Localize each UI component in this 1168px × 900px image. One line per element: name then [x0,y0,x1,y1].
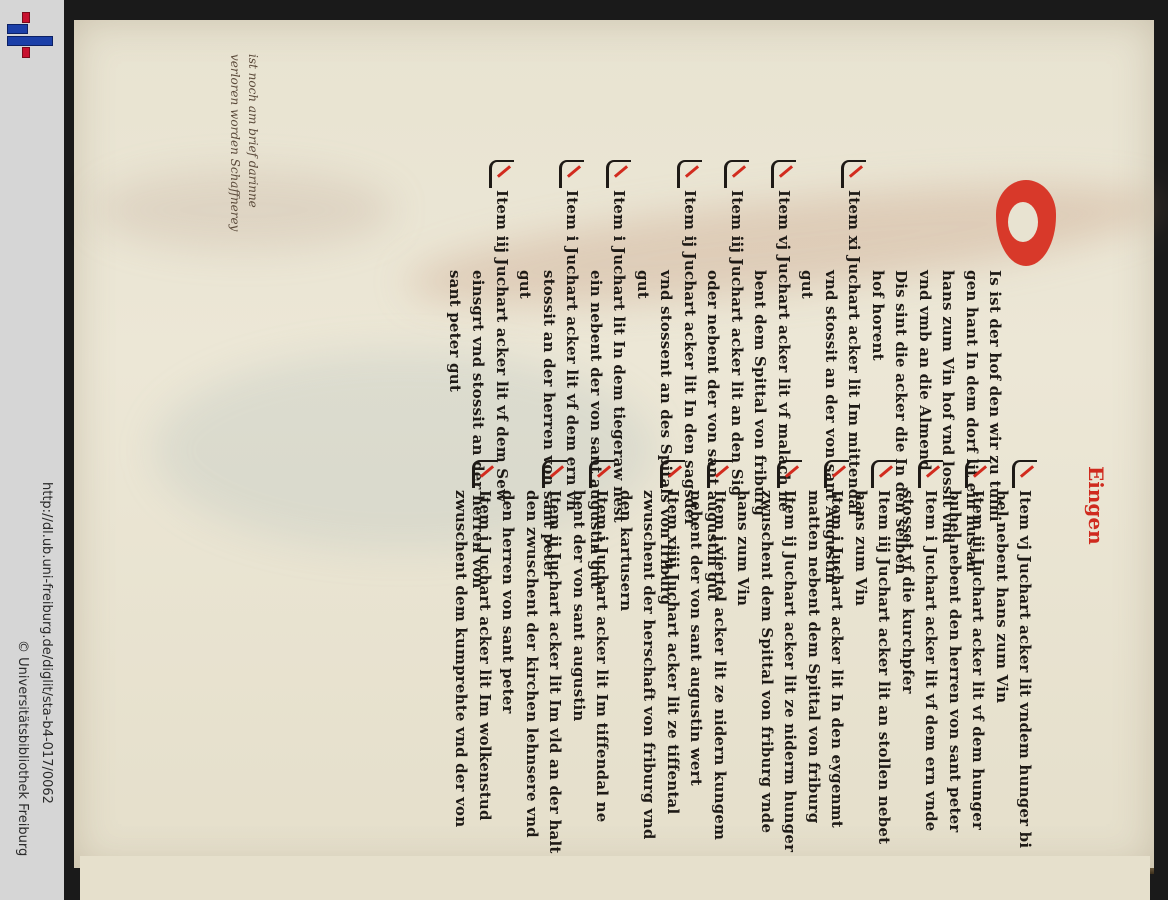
red-struck-initial-icon [606,160,631,188]
manuscript-scan: ist noch am brief darinne verloren worde… [64,0,1168,900]
manuscript-line: gut [634,270,652,299]
manuscript-line: den herren von sant peter [499,490,517,714]
manuscript-line: den zwuschent der kirchen lehnsere vnd [523,490,541,838]
manuscript-line: Item iij Juchart acker lit vf dem hunger [969,490,987,830]
manuscript-line: gut [516,270,534,299]
manuscript-line: Item ij Juchart acker lit ze niderm hung… [781,490,799,852]
manuscript-line: bent der von sant augustin [570,490,588,722]
red-struck-initial-icon [724,160,749,188]
red-struck-initial-icon [559,160,584,188]
manuscript-line: buhel nebent den herren von sant peter [946,490,964,832]
red-struck-initial-icon [542,460,567,488]
manuscript-line: stosset vf die kurchpfer [899,490,917,694]
manuscript-line: Item iij Juchart acker lit an stollen ne… [875,490,893,844]
manuscript-line: Item xiiij Juchart acker lit ze tiffenta… [664,490,682,814]
red-struck-initial-icon [472,460,497,488]
source-url: http://dl.ub.uni-freiburg.de/diglit/sta-… [39,482,54,804]
manuscript-line: Item ij Juchart acker lit Im vld an der … [546,490,564,854]
decorated-initial-icon [996,180,1056,266]
manuscript-line: hans zum Vin [734,490,752,606]
viewer-sidebar: http://dl.ub.uni-freiburg.de/diglit/sta-… [0,0,64,900]
manuscript-line: Item i Juchart acker lit Im wolkenstud [476,490,494,821]
red-struck-initial-icon [489,160,514,188]
manuscript-line: hof horent [869,270,887,361]
manuscript-line: bent dem Spittal von friburg [751,270,769,516]
red-struck-initial-icon [965,460,990,488]
copyright-notice: © Universitätsbibliothek Freiburg [15,640,30,856]
red-struck-initial-icon [777,460,802,488]
manuscript-line: hans zum Vin [852,490,870,606]
manuscript-line: hel nebent hans zum Vin [993,490,1011,703]
uni-freiburg-logo-icon[interactable] [6,10,54,58]
manuscript-line: Item i Juchart acker lit Im tiffendal ne [593,490,611,822]
red-struck-initial-icon [824,460,849,488]
manuscript-line: Item iij Juchart acker lit an den Sig [728,190,746,496]
manuscript-page: ist noch am brief darinne verloren worde… [74,20,1154,868]
manuscript-line: nebent der von sant augustin wert [687,490,705,786]
marginal-note-line-1: ist noch am brief darinne [246,54,260,208]
red-struck-initial-icon [660,460,685,488]
place-heading-rubric: Eingen [1084,466,1108,545]
manuscript-line: Item j viertel acker lit ze nidern kunge… [711,490,729,840]
manuscript-line: Item iij Juchart acker lit vf dem Sew [493,190,511,502]
manuscript-line: gut [798,270,816,299]
red-struck-initial-icon [1012,460,1037,488]
manuscript-line: zwuschent der herschaft von friburg vnd [640,490,658,840]
manuscript-line: vnd vmb an die Almend [916,270,934,471]
red-struck-initial-icon [771,160,796,188]
red-struck-initial-icon [707,460,732,488]
red-struck-initial-icon [871,460,896,488]
manuscript-line: sant peter gut [446,270,464,392]
manuscript-line: Item i Juchart acker lit In den eygenmt [828,490,846,828]
facing-page-edge [80,856,1150,900]
red-struck-initial-icon [677,160,702,188]
manuscript-line: Item i Juchart acker lit vf dem ern vnde [922,490,940,832]
red-struck-initial-icon [918,460,943,488]
red-struck-initial-icon [841,160,866,188]
manuscript-line: den kartusern [617,490,635,611]
manuscript-line: zwuschent dem Spittal von friburg vnde [758,490,776,833]
manuscript-line: zwuschent dem kumprehte vnd der von [452,490,470,827]
marginal-note-line-2: verloren worden Schaffnerey [228,54,242,231]
red-struck-initial-icon [589,460,614,488]
manuscript-line: Item vj Juchart acker lit vndem hunger b… [1016,490,1034,848]
manuscript-line: matten nebent dem Spittal von friburg [805,490,823,823]
